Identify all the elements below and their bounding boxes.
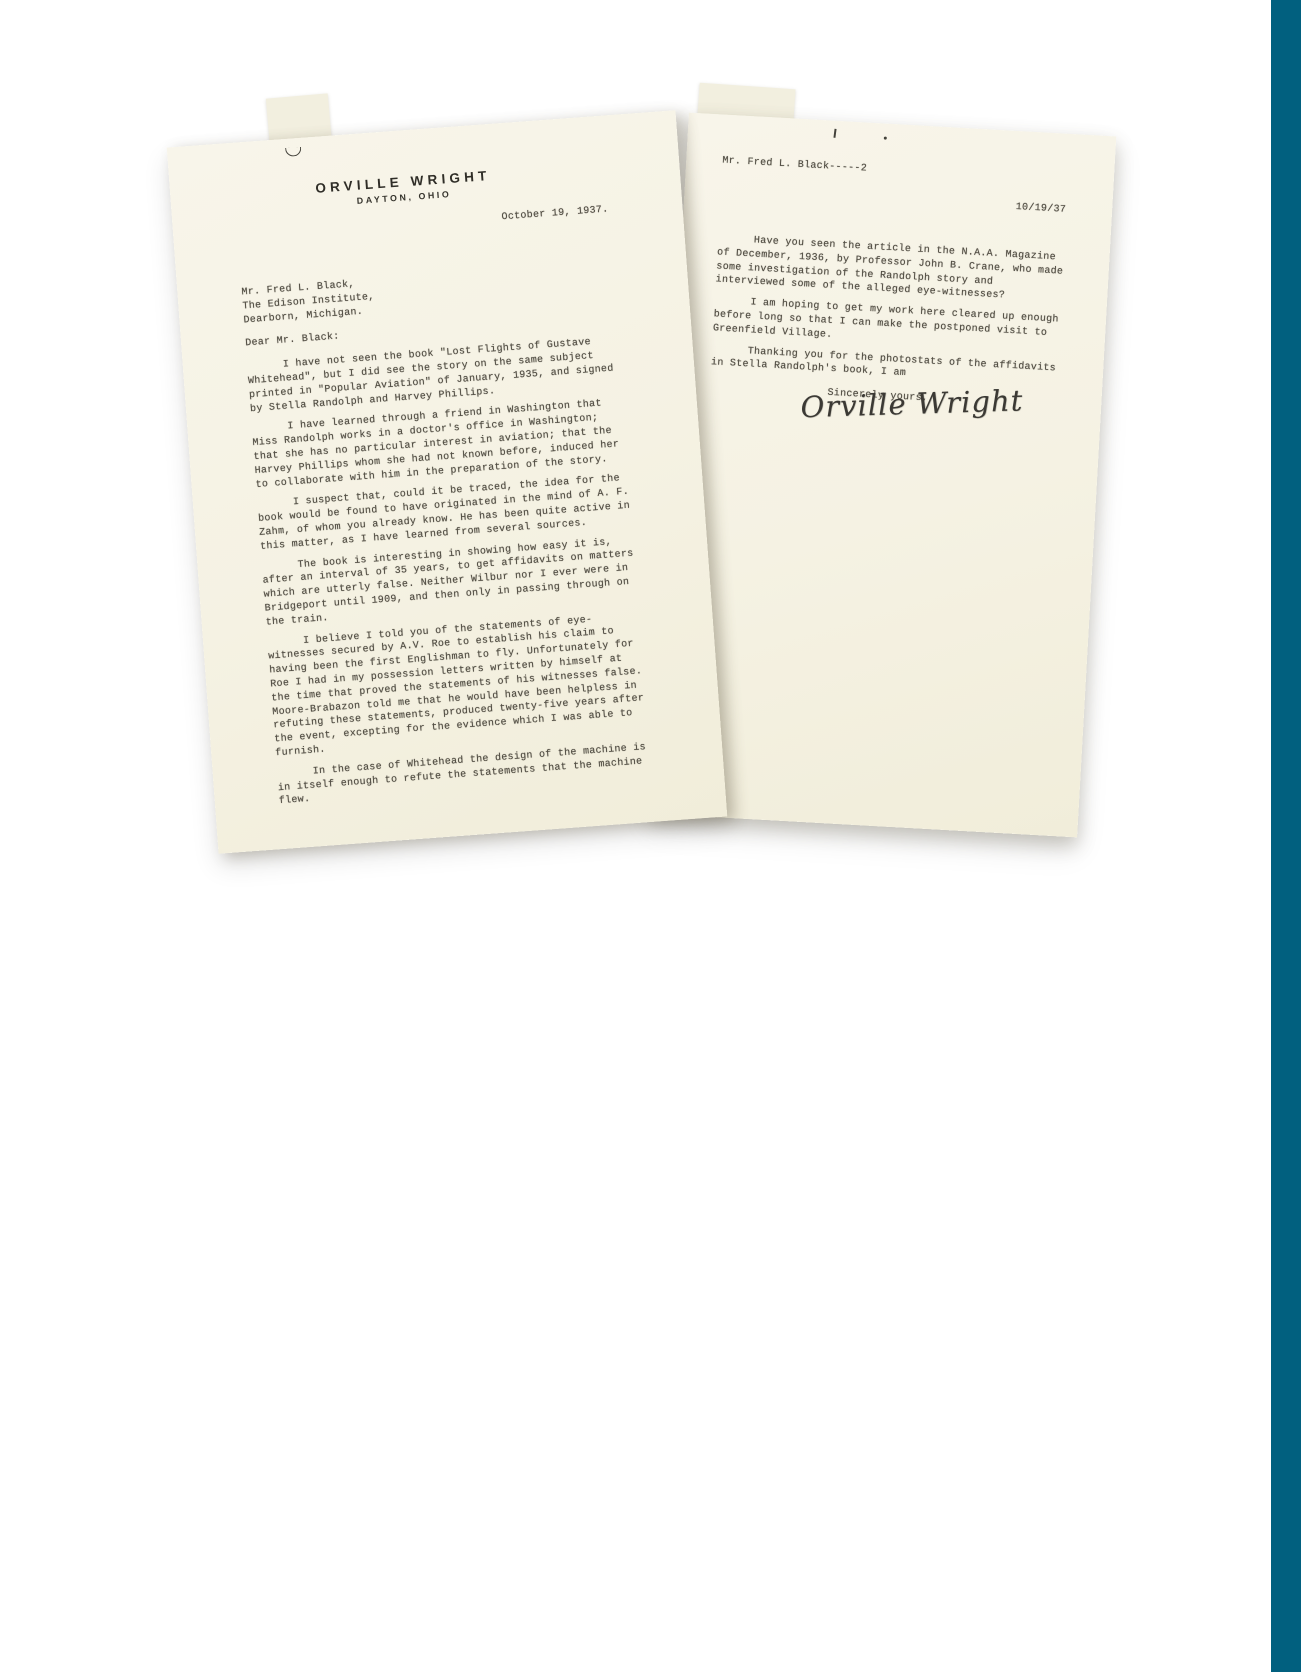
pencil-tick-mark	[833, 129, 836, 138]
pencil-dot-mark	[884, 137, 887, 140]
page2-continuation-header: Mr. Fred L. Black-----2	[722, 155, 1074, 188]
page1-body: Mr. Fred L. Black, The Edison Institute,…	[241, 259, 651, 816]
letter-page-1: ORVILLE WRIGHT DAYTON, OHIO October 19, …	[167, 110, 727, 853]
orville-wright-signature: Orville Wright	[800, 393, 1060, 415]
catalog-photo: Mr. Fred L. Black-----2 10/19/37 Have yo…	[0, 0, 1301, 1672]
paragraphs-block: I have not seen the book "Lost Flights o…	[247, 334, 651, 809]
page2-header-row: Mr. Fred L. Black-----2 10/19/37	[720, 155, 1074, 218]
page2-body: Have you seen the article in the N.A.A. …	[708, 232, 1069, 429]
page2-date: 10/19/37	[720, 184, 1072, 217]
paragraph: Have you seen the article in the N.A.A. …	[715, 232, 1070, 307]
page-accent-bar	[1271, 0, 1301, 1672]
paragraph: I believe I told you of the statements o…	[267, 610, 647, 761]
staple-mark	[285, 147, 302, 157]
